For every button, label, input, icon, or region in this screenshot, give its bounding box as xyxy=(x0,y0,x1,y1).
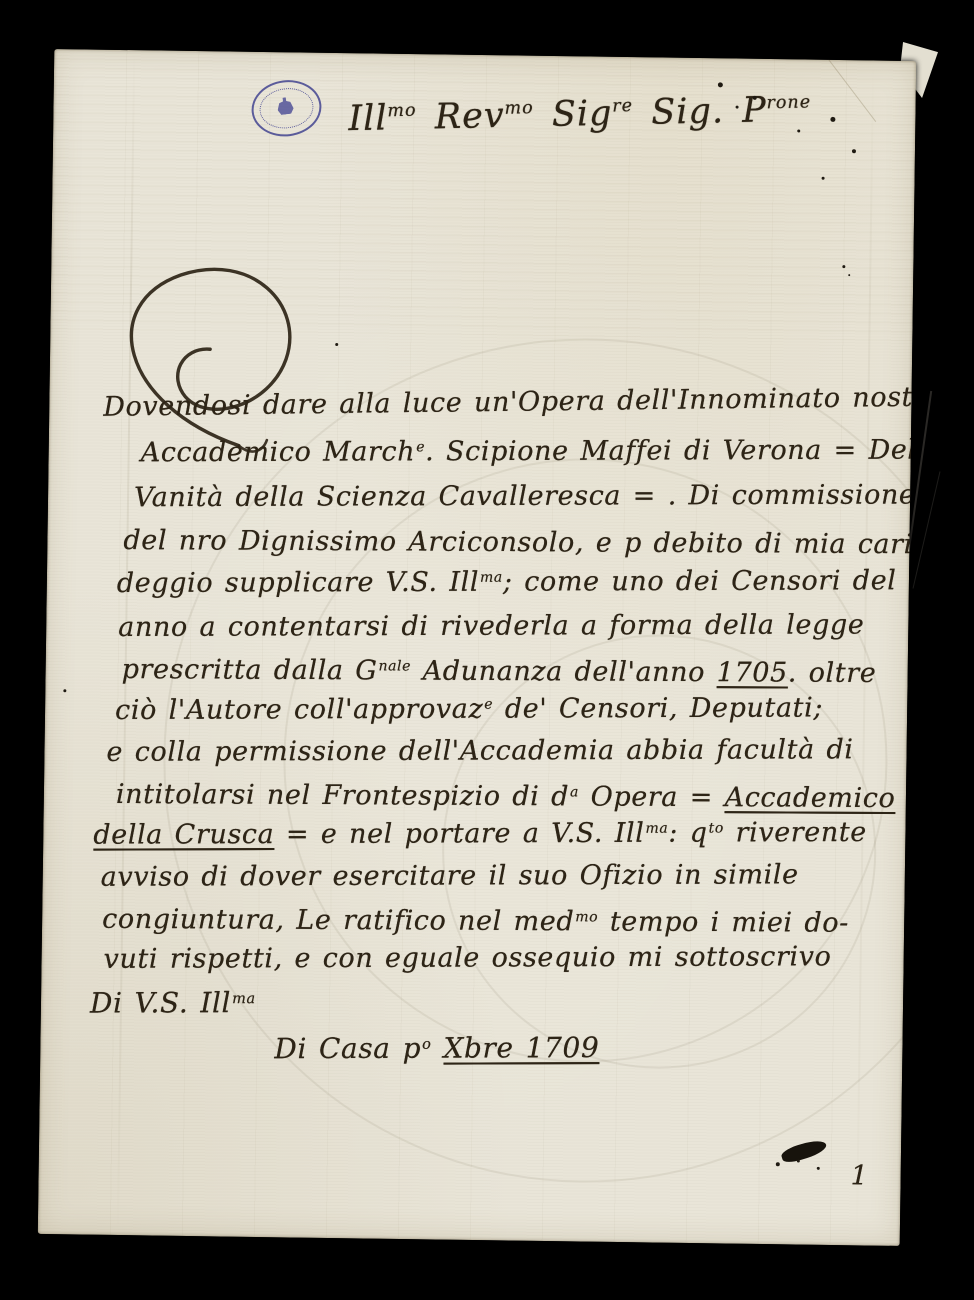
handwritten-line-16: Di Casa po Xbre 1709 xyxy=(274,1031,599,1065)
handwritten-text: della Crusca xyxy=(93,819,274,851)
handwritten-text: rone xyxy=(766,92,811,113)
ink-speck xyxy=(335,343,338,346)
handwritten-text: mo xyxy=(387,101,417,122)
handwritten-text: o xyxy=(422,1035,431,1052)
handwritten-text: anno a contentarsi di rivederla a forma … xyxy=(118,609,864,643)
ink-speck xyxy=(848,274,850,276)
page-number: 1 xyxy=(850,1160,868,1191)
handwritten-text: prescritta dalla G xyxy=(122,654,378,686)
handwritten-text: Rev xyxy=(416,96,505,138)
handwritten-text: Di V.S. Ill xyxy=(90,986,231,1019)
handwritten-line-8: ciò l'Autore coll'approvaze de' Censori,… xyxy=(115,692,823,725)
handwritten-text: Xbre 1709 xyxy=(443,1031,599,1065)
handwritten-text: intitolarsi nel Frontespizio di d xyxy=(116,779,569,812)
ink-speck xyxy=(776,1162,780,1166)
handwritten-text: congiuntura, Le ratifico nel med xyxy=(102,904,574,937)
handwritten-text: Sig. P xyxy=(633,90,767,133)
handwritten-text: avviso di dover esercitare il suo Ofizio… xyxy=(101,859,799,892)
handwritten-line-9: e colla permissione dell'Accademia abbia… xyxy=(106,734,853,768)
ink-speck xyxy=(852,149,856,153)
handwritten-line-7: prescritta dalla Gnale Adunanza dell'ann… xyxy=(122,654,877,689)
handwritten-text: . Scipione Maffei di Verona = Della xyxy=(425,434,916,467)
handwritten-line-12: avviso di dover esercitare il suo Ofizio… xyxy=(101,859,799,892)
handwritten-line-4: del nro Dignissimo Arciconsolo, e p debi… xyxy=(123,525,916,560)
handwritten-text: re xyxy=(612,96,633,116)
ink-speck xyxy=(822,177,825,180)
handwritten-line-3: Vanità della Scienza Cavalleresca = . Di… xyxy=(134,479,916,513)
handwritten-text: e colla permissione dell'Accademia abbia… xyxy=(106,734,853,768)
ink-speck xyxy=(718,82,723,87)
handwritten-text: de' Censori, Deputati; xyxy=(493,692,823,724)
handwritten-text: Vanità della Scienza Cavalleresca = . Di… xyxy=(134,479,916,513)
ink-speck xyxy=(63,689,66,692)
handwritten-text: e xyxy=(484,697,493,713)
ink-speck xyxy=(753,96,757,100)
handwritten-text: Ill xyxy=(348,98,388,139)
handwritten-text: Accademico xyxy=(725,782,896,814)
handwritten-text: . oltre xyxy=(788,658,877,689)
handwritten-line-14: vuti rispetti, e con eguale ossequio mi … xyxy=(104,941,832,975)
handwritten-line-2: Accademico Marche. Scipione Maffei di Ve… xyxy=(141,434,917,468)
handwritten-text: ma xyxy=(645,821,668,837)
handwritten-text: to xyxy=(709,820,724,836)
handwritten-text: ; come uno dei Censori del corr xyxy=(503,565,916,598)
handwritten-text: ma xyxy=(480,569,503,585)
handwritten-line-13: congiuntura, Le ratifico nel medmo tempo… xyxy=(102,904,849,939)
fold-crease xyxy=(856,60,875,1245)
handwritten-text: riverente xyxy=(724,817,867,848)
handwritten-text: Di Casa p xyxy=(274,1032,421,1066)
handwritten-text: Accademico March xyxy=(141,436,416,468)
handwritten-text: Opera = xyxy=(579,781,725,813)
letter-body: Dovendosi dare alla luce un'Opera dell'I… xyxy=(54,49,916,61)
handwritten-text: vuti rispetti, e con eguale ossequio mi … xyxy=(104,941,832,975)
ink-speck xyxy=(817,1167,820,1170)
handwritten-line-15: Di V.S. Illma xyxy=(90,986,256,1020)
handwritten-text: = e nel portare a V.S. Ill xyxy=(274,818,644,850)
handwritten-text: a xyxy=(570,784,579,800)
handwritten-text: tempo i miei do- xyxy=(598,906,849,938)
handwritten-text: deggio supplicare V.S. Ill xyxy=(117,567,479,599)
manuscript-page: Illmo Revmo Sigre Sig. Prone Dovendosi d… xyxy=(38,49,916,1246)
handwritten-text: Adunanza dell'anno xyxy=(411,656,717,689)
handwritten-text: mo xyxy=(504,98,534,119)
ink-blot xyxy=(780,1137,828,1165)
ink-speck xyxy=(797,129,800,132)
handwritten-text: mo xyxy=(575,909,598,925)
scan-background: Illmo Revmo Sigre Sig. Prone Dovendosi d… xyxy=(0,0,974,1300)
ink-speck xyxy=(842,265,845,268)
library-stamp xyxy=(248,76,324,140)
handwritten-text: del nro Dignissimo Arciconsolo, e p debi… xyxy=(123,525,916,560)
handwritten-text: ma xyxy=(232,990,256,1007)
handwritten-text: ciò l'Autore coll'approvaz xyxy=(115,694,483,726)
handwritten-text: Sig xyxy=(533,94,613,136)
handwritten-text: 1705 xyxy=(717,657,788,688)
handwritten-text: nale xyxy=(378,658,411,674)
ink-speck xyxy=(736,106,739,109)
handwritten-text xyxy=(431,1032,443,1065)
handwritten-line-6: anno a contentarsi di rivederla a forma … xyxy=(118,609,864,643)
handwritten-line-11: della Crusca = e nel portare a V.S. Illm… xyxy=(93,817,867,851)
handwritten-line-10: intitolarsi nel Frontespizio di da Opera… xyxy=(116,779,896,814)
ink-speck xyxy=(797,1160,800,1163)
handwritten-text: : q xyxy=(668,818,707,849)
ink-speck xyxy=(830,117,835,122)
corner-crease xyxy=(828,59,876,122)
handwritten-line-5: deggio supplicare V.S. Illma; come uno d… xyxy=(117,565,916,599)
letter-heading: Illmo Revmo Sigre Sig. Prone xyxy=(348,89,812,139)
